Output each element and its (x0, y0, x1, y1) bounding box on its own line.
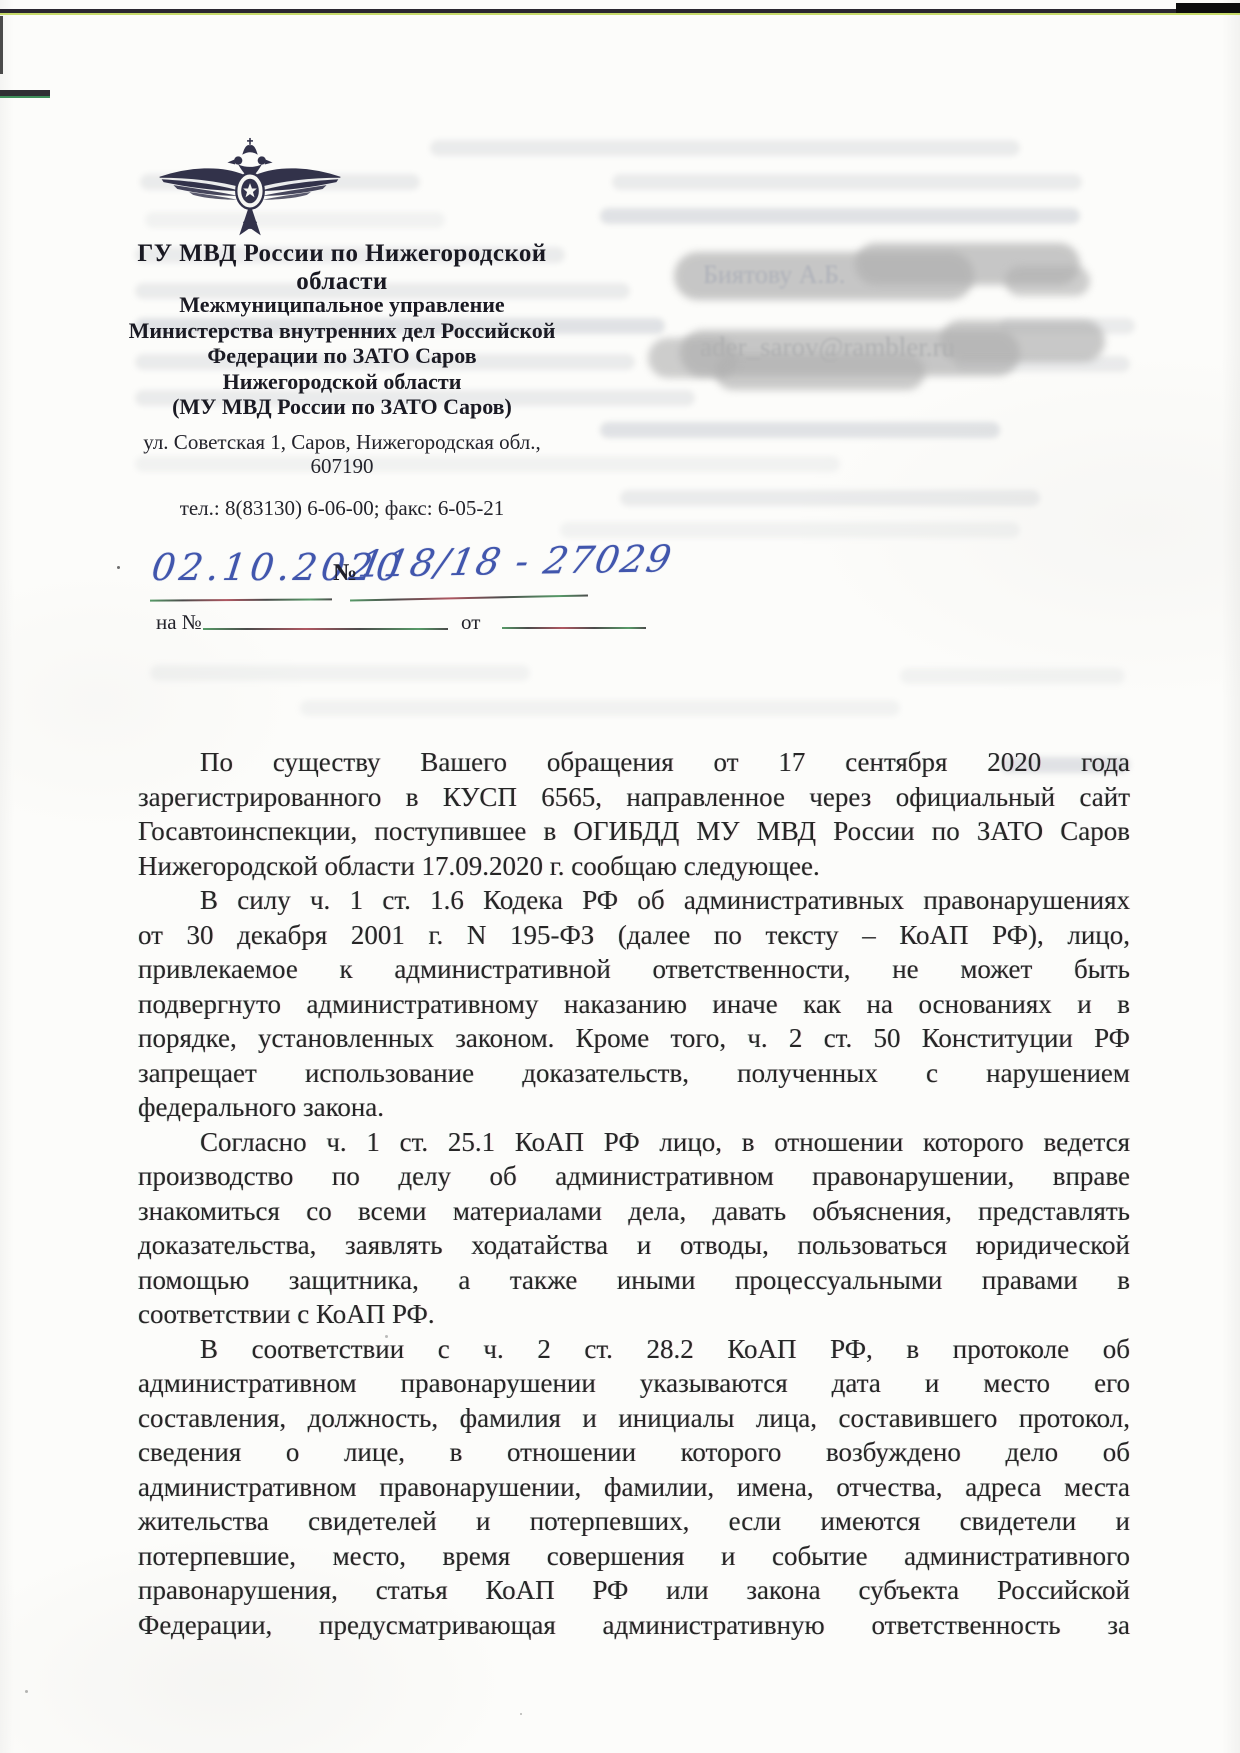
org-phone: тел.: 8(83130) 6-06-00; факс: 6-05-21 (92, 496, 592, 521)
body-line: потерпевшие, место, время совершения и с… (138, 1539, 1130, 1574)
bleedthrough-artifact (560, 522, 1020, 538)
bleedthrough-artifact (612, 174, 1082, 190)
reply-date-blank-line (502, 627, 646, 629)
reply-to-number-label: на № (156, 610, 202, 635)
date-underline (150, 598, 332, 601)
body-line: составления, должность, фамилия и инициа… (138, 1401, 1130, 1436)
body-line: подвергнуто административному наказанию … (138, 987, 1130, 1022)
body-line: знакомиться со всеми материалами дела, д… (138, 1194, 1130, 1229)
address-line: ул. Советская 1, Саров, Нижегородская об… (92, 430, 592, 454)
body-line: Нижегородской области 17.09.2020 г. сооб… (138, 849, 1130, 884)
body-line: сведения о лице, в отношении которого во… (138, 1435, 1130, 1470)
number-sign: № (333, 560, 357, 587)
redaction-smudge (1005, 266, 1090, 296)
scanned-letter-page: Биятову А.Б. ader_sarov@rambler.ru (0, 0, 1240, 1753)
org-name-full: Межмуниципальное управление Министерства… (92, 292, 592, 420)
org-address: ул. Советская 1, Саров, Нижегородская об… (92, 430, 592, 478)
number-underline (350, 595, 588, 602)
body-text: По существу Вашего обращения от 17 сентя… (138, 745, 1130, 1642)
body-line: помощью защитника, а также иными процесс… (138, 1263, 1130, 1298)
bleedthrough-artifact (600, 422, 1000, 438)
handwritten-outgoing-number: 118/18 - 27029 (355, 537, 676, 585)
body-line: федерального закона. (138, 1090, 1130, 1125)
scan-edge-left-bar (0, 90, 50, 98)
address-line: 607190 (92, 454, 592, 478)
body-line: порядке, установленных законом. Кроме то… (138, 1021, 1130, 1056)
bleedthrough-artifact (300, 700, 900, 716)
redaction-smudge (648, 338, 738, 378)
scan-speck (520, 1713, 522, 1715)
body-line: соответствии с КоАП РФ. (138, 1297, 1130, 1332)
body-line: производство по делу об административном… (138, 1159, 1130, 1194)
redaction-smudge (940, 320, 1105, 362)
bleedthrough-artifact (600, 208, 1080, 224)
bleedthrough-artifact (620, 490, 1040, 506)
mvd-eagle-emblem-icon (150, 136, 350, 244)
scan-speck (117, 566, 120, 569)
org-line: Нижегородской области (92, 369, 592, 395)
org-line: Федерации по ЗАТО Саров (92, 343, 592, 369)
bleedthrough-artifact (150, 665, 530, 681)
body-line: Согласно ч. 1 ст. 25.1 КоАП РФ лицо, в о… (138, 1125, 1130, 1160)
body-line: от 30 декабря 2001 г. N 195-ФЗ (далее по… (138, 918, 1130, 953)
body-line: В соответствии с ч. 2 ст. 28.2 КоАП РФ, … (138, 1332, 1130, 1367)
org-line: Министерства внутренних дел Российской (92, 318, 592, 344)
org-name-main: ГУ МВД России по Нижегородской области (92, 240, 592, 296)
bleedthrough-artifact (430, 140, 1020, 156)
org-line: Межмуниципальное управление (92, 292, 592, 318)
body-line: зарегистрированного в КУСП 6565, направл… (138, 780, 1130, 815)
scan-edge-green-fringe (0, 13, 1240, 15)
reply-number-blank-line (203, 628, 448, 630)
scan-speck (25, 1690, 28, 1693)
body-line: административном правонарушении, фамилии… (138, 1470, 1130, 1505)
body-line: правонарушения, статья КоАП РФ или закон… (138, 1573, 1130, 1608)
scan-edge-left-sliver (0, 16, 3, 74)
bleedthrough-artifact (900, 668, 1125, 684)
body-line: В силу ч. 1 ст. 1.6 Кодека РФ об админис… (138, 883, 1130, 918)
body-line: административном правонарушении указываю… (138, 1366, 1130, 1401)
body-line: привлекаемое к административной ответств… (138, 952, 1130, 987)
redaction-smudge (715, 354, 925, 390)
body-line: Госавтоинспекции, поступившее в ОГИБДД М… (138, 814, 1130, 849)
body-line: запрещает использование доказательств, п… (138, 1056, 1130, 1091)
body-line: По существу Вашего обращения от 17 сентя… (138, 745, 1130, 780)
org-line: (МУ МВД России по ЗАТО Саров) (92, 394, 592, 420)
reply-from-date-label: от (461, 610, 480, 635)
body-line: доказательства, заявлять ходатайства и о… (138, 1228, 1130, 1263)
scan-edge-top-right-bar (1176, 3, 1240, 13)
body-line: жительства свидетелей и потерпевших, есл… (138, 1504, 1130, 1539)
body-line: Федерации, предусматривающая администрат… (138, 1608, 1130, 1643)
